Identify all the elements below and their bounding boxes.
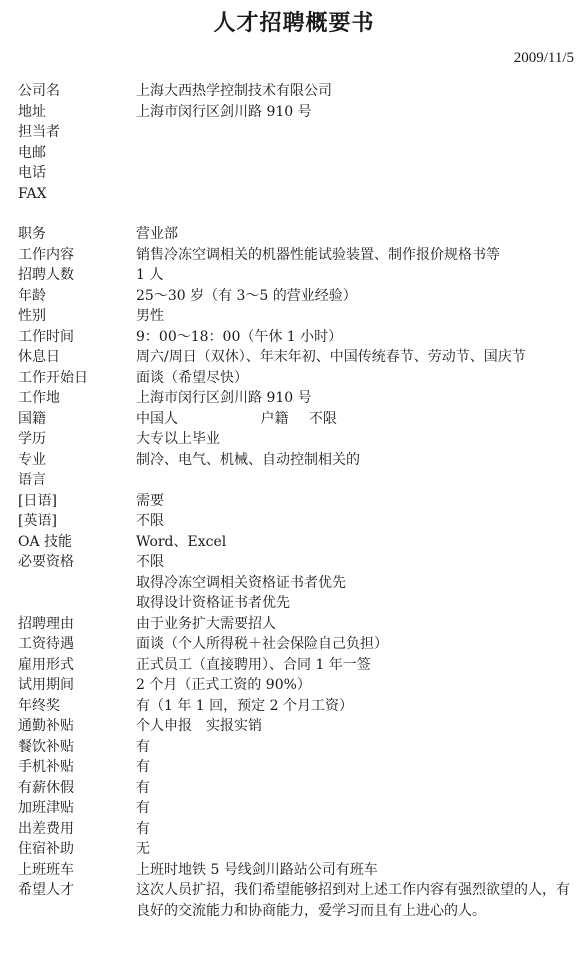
row-overtime-allowance: 加班津贴 有 xyxy=(18,798,578,819)
row-label: 学历 xyxy=(18,429,136,450)
row-label: FAX xyxy=(18,184,136,205)
row-label: 公司名 xyxy=(18,81,136,102)
row-label: 地址 xyxy=(18,102,136,123)
row-company: 公司名 上海大西热学控制技术有限公司 xyxy=(18,81,578,102)
row-qualifications: 必要资格 不限 xyxy=(18,552,578,573)
row-email: 电邮 xyxy=(18,143,578,164)
row-phone: 电话 xyxy=(18,163,578,184)
row-label: 必要资格 xyxy=(18,552,136,573)
row-value: 1 人 xyxy=(136,265,578,286)
row-value: 9：00～18：00（午休 1 小时） xyxy=(136,327,578,348)
row-label: 招聘理由 xyxy=(18,614,136,635)
row-age: 年龄 25～30 岁（有 3～5 的营业经验） xyxy=(18,286,578,307)
row-fax: FAX xyxy=(18,184,578,205)
row-label xyxy=(18,593,136,614)
row-value: 无 xyxy=(136,839,578,860)
row-oa-skills: OA 技能 Word、Excel xyxy=(18,532,578,553)
row-value: 由于业务扩大需要招人 xyxy=(136,614,578,635)
row-value: 2 个月（正式工资的 90%） xyxy=(136,675,578,696)
row-value: 有（1 年 1 回，预定 2 个月工资） xyxy=(136,696,578,717)
row-value: 营业部 xyxy=(136,224,578,245)
row-value: 不限 xyxy=(136,511,578,532)
row-label: 性别 xyxy=(18,306,136,327)
row-label: 出差费用 xyxy=(18,819,136,840)
row-value: 个人申报 实报实销 xyxy=(136,716,578,737)
row-label: 加班津贴 xyxy=(18,798,136,819)
row-label: [日语] xyxy=(18,491,136,512)
row-label xyxy=(18,573,136,594)
row-salary: 工资待遇 面谈（个人所得税＋社会保险自己负担） xyxy=(18,634,578,655)
row-hiring-reason: 招聘理由 由于业务扩大需要招人 xyxy=(18,614,578,635)
row-qualification-note-2: 取得设计资格证书者优先 xyxy=(18,593,578,614)
row-value: 25～30 岁（有 3～5 的营业经验） xyxy=(136,286,578,307)
nationality-value: 中国人 xyxy=(136,409,256,430)
row-value xyxy=(136,163,578,184)
row-holidays: 休息日 周六/周日（双休）、年末年初、中国传统春节、劳动节、国庆节 xyxy=(18,347,578,368)
row-label: 职务 xyxy=(18,224,136,245)
row-language: 语言 xyxy=(18,470,578,491)
row-japanese: [日语] 需要 xyxy=(18,491,578,512)
row-label: 电邮 xyxy=(18,143,136,164)
row-label: 餐饮补贴 xyxy=(18,737,136,758)
row-value: 需要 xyxy=(136,491,578,512)
row-value: 周六/周日（双休）、年末年初、中国传统春节、劳动节、国庆节 xyxy=(136,347,578,368)
row-label: 通勤补贴 xyxy=(18,716,136,737)
row-housing-allowance: 住宿补助 无 xyxy=(18,839,578,860)
row-value: Word、Excel xyxy=(136,532,578,553)
row-gender: 性别 男性 xyxy=(18,306,578,327)
row-value: 有 xyxy=(136,798,578,819)
row-label: 试用期间 xyxy=(18,675,136,696)
row-position: 职务 营业部 xyxy=(18,224,578,245)
row-paid-leave: 有薪休假 有 xyxy=(18,778,578,799)
row-english: [英语] 不限 xyxy=(18,511,578,532)
row-label: 有薪休假 xyxy=(18,778,136,799)
row-label: OA 技能 xyxy=(18,532,136,553)
row-label: 年终奖 xyxy=(18,696,136,717)
row-value: 制冷、电气、机械、自动控制相关的 xyxy=(136,450,578,471)
row-label: [英语] xyxy=(18,511,136,532)
row-label: 住宿补助 xyxy=(18,839,136,860)
row-qualification-note-1: 取得冷冻空调相关资格证书者优先 xyxy=(18,573,578,594)
row-value: 上海市闵行区剑川路 910 号 xyxy=(136,388,578,409)
row-contact-person: 担当者 xyxy=(18,122,578,143)
row-travel-expenses: 出差费用 有 xyxy=(18,819,578,840)
row-label: 希望人才 xyxy=(18,880,136,922)
row-value: 不限 xyxy=(136,552,578,573)
document-date: 2009/11/5 xyxy=(514,50,574,67)
row-value: 有 xyxy=(136,737,578,758)
document-title: 人才招聘概要书 xyxy=(0,6,588,37)
row-label: 电话 xyxy=(18,163,136,184)
row-value: 上海市闵行区剑川路 910 号 xyxy=(136,102,578,123)
hukou-value: 不限 xyxy=(309,411,337,427)
row-commute-allowance: 通勤补贴 个人申报 实报实销 xyxy=(18,716,578,737)
row-label: 工资待遇 xyxy=(18,634,136,655)
row-value: 销售冷冻空调相关的机器性能试验装置、制作报价规格书等 xyxy=(136,245,578,266)
row-label: 上班班车 xyxy=(18,860,136,881)
row-employment-type: 雇用形式 正式员工（直接聘用）、合同 1 年一签 xyxy=(18,655,578,676)
row-value xyxy=(136,470,578,491)
row-value xyxy=(136,122,578,143)
row-value: 上班时地铁 5 号线剑川路站公司有班车 xyxy=(136,860,578,881)
row-major: 专业 制冷、电气、机械、自动控制相关的 xyxy=(18,450,578,471)
row-value: 正式员工（直接聘用）、合同 1 年一签 xyxy=(136,655,578,676)
row-label: 专业 xyxy=(18,450,136,471)
row-desired-candidate: 希望人才 这次人员扩招，我们希望能够招到对上述工作内容有强烈欲望的人，有良好的交… xyxy=(18,880,578,922)
row-shuttle-bus: 上班班车 上班时地铁 5 号线剑川路站公司有班车 xyxy=(18,860,578,881)
row-value: 有 xyxy=(136,778,578,799)
row-label: 招聘人数 xyxy=(18,265,136,286)
row-label: 雇用形式 xyxy=(18,655,136,676)
row-education: 学历 大专以上毕业 xyxy=(18,429,578,450)
row-bonus: 年终奖 有（1 年 1 回，预定 2 个月工资） xyxy=(18,696,578,717)
row-value: 取得设计资格证书者优先 xyxy=(136,593,578,614)
row-probation: 试用期间 2 个月（正式工资的 90%） xyxy=(18,675,578,696)
row-value: 大专以上毕业 xyxy=(136,429,578,450)
row-label: 工作时间 xyxy=(18,327,136,348)
row-label: 工作地 xyxy=(18,388,136,409)
row-value xyxy=(136,143,578,164)
row-label: 工作内容 xyxy=(18,245,136,266)
row-value: 面谈（希望尽快） xyxy=(136,368,578,389)
row-label: 手机补贴 xyxy=(18,757,136,778)
row-label: 休息日 xyxy=(18,347,136,368)
row-job-content: 工作内容 销售冷冻空调相关的机器性能试验装置、制作报价规格书等 xyxy=(18,245,578,266)
row-meal-allowance: 餐饮补贴 有 xyxy=(18,737,578,758)
row-work-location: 工作地 上海市闵行区剑川路 910 号 xyxy=(18,388,578,409)
row-label: 工作开始日 xyxy=(18,368,136,389)
row-value: 有 xyxy=(136,757,578,778)
row-label: 国籍 xyxy=(18,409,136,430)
row-label: 担当者 xyxy=(18,122,136,143)
row-value: 中国人 户籍 不限 xyxy=(136,409,578,430)
row-value xyxy=(136,184,578,205)
info-table: 公司名 上海大西热学控制技术有限公司 地址 上海市闵行区剑川路 910 号 担当… xyxy=(18,81,578,922)
hukou-label: 户籍 xyxy=(260,409,304,430)
row-start-date: 工作开始日 面谈（希望尽快） xyxy=(18,368,578,389)
row-value: 有 xyxy=(136,819,578,840)
row-value: 这次人员扩招，我们希望能够招到对上述工作内容有强烈欲望的人，有良好的交流能力和协… xyxy=(136,880,578,922)
row-label: 语言 xyxy=(18,470,136,491)
row-value: 取得冷冻空调相关资格证书者优先 xyxy=(136,573,578,594)
row-phone-allowance: 手机补贴 有 xyxy=(18,757,578,778)
row-value: 上海大西热学控制技术有限公司 xyxy=(136,81,578,102)
row-nationality: 国籍 中国人 户籍 不限 xyxy=(18,409,578,430)
row-headcount: 招聘人数 1 人 xyxy=(18,265,578,286)
row-address: 地址 上海市闵行区剑川路 910 号 xyxy=(18,102,578,123)
row-value: 男性 xyxy=(136,306,578,327)
row-work-hours: 工作时间 9：00～18：00（午休 1 小时） xyxy=(18,327,578,348)
row-value: 面谈（个人所得税＋社会保险自己负担） xyxy=(136,634,578,655)
row-label: 年龄 xyxy=(18,286,136,307)
